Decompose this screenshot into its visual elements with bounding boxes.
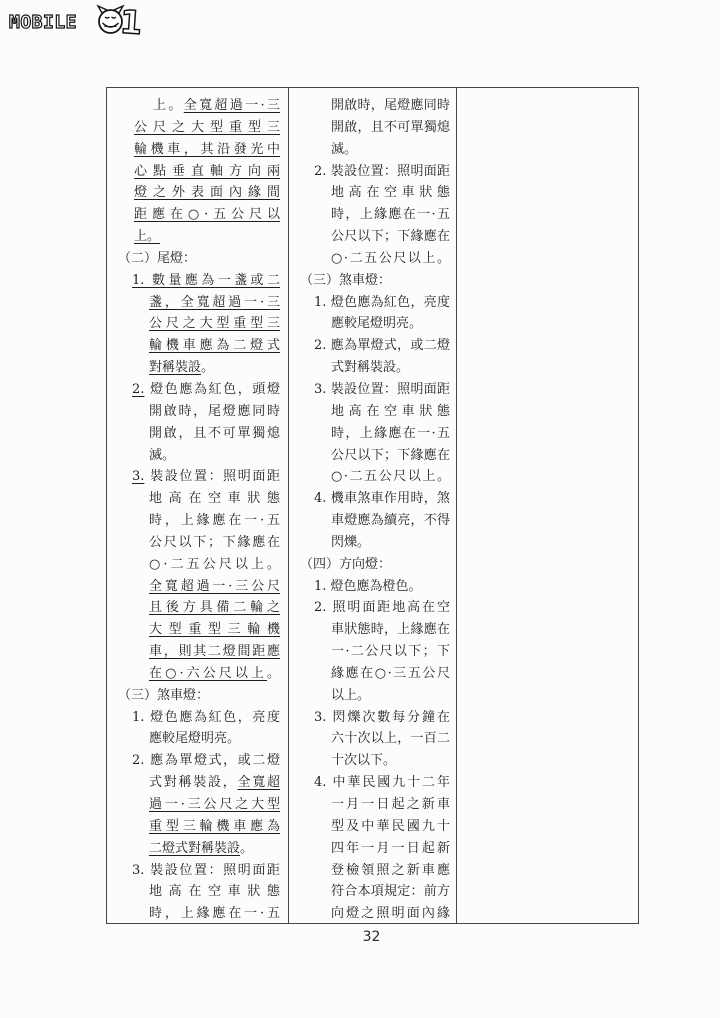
text-line: 緣應在○·三五公尺 [289,663,450,685]
text-segment: 十次以下。 [331,753,396,768]
underlined-text-segment: 輪機車，其沿發光中 [134,142,280,157]
text-segment: 地高在空車狀態 [331,185,450,200]
text-line: 輪機車應為二燈式 [107,335,280,357]
text-line: 向燈之照明面內緣 [289,903,450,925]
text-line: 1. 燈色應為紅色，亮度 [289,292,450,314]
text-line: 時，上緣應在一·五 [107,903,280,925]
text-segment: 公尺以下；下緣應在 [331,229,450,244]
text-line: 開啟，且不可單獨熄 [289,117,450,139]
scanned-document-page: MOBILE 1 上。全寬超過一·三公尺之大型重型三輪機車，其沿發光中心點垂直軸… [0,0,720,1018]
text-segment: 裝設位置：照明面距 [144,469,280,484]
text-segment: 一·二公尺以下；下 [331,644,450,659]
text-segment: 2. 裝設位置：照明面距 [314,164,450,179]
text-segment: 時，上緣應在一·五 [331,426,450,441]
mobile01-logo: MOBILE 1 [6,4,146,44]
underlined-text-segment: 公尺之大型重型三 [149,316,280,331]
text-line: 2. 照明面距地高在空 [289,597,450,619]
text-line: 車燈應為續亮，不得 [289,510,450,532]
text-line: （二）尾燈： [107,248,280,270]
underlined-text-segment: 重型三輪機車應為 [149,819,280,834]
text-line: 一月一日起之新車 [289,794,450,816]
text-segment: 滅。 [331,142,357,157]
text-line: 閃爍。 [289,532,450,554]
text-segment: 應較尾燈明亮。 [149,731,240,746]
underlined-text-segment: 盞，全寬超過一·三 [149,295,280,310]
text-segment: 燈色應為紅色，頭燈 [144,382,280,397]
text-segment: ○·二五公尺以上。 [149,557,280,572]
text-segment: 登檢領照之新車應 [331,863,450,878]
page-number: 32 [106,929,637,945]
text-segment: 時，上緣應在一·五 [331,207,450,222]
text-segment: 2. 照明面距地高在空 [314,600,450,615]
text-line: 式對稱裝設。 [289,357,450,379]
table-column-left: 上。全寬超過一·三公尺之大型重型三輪機車，其沿發光中心點垂直軸方向兩燈之外表面內… [107,88,289,923]
underlined-text-segment: 上。 [134,229,160,244]
text-segment: 3. 閃爍次數每分鐘在 [314,710,450,725]
text-line: 2. 燈色應為紅色，頭燈 [107,379,280,401]
text-line: 3. 裝設位置：照明面距 [107,860,280,882]
text-segment: 4. 中華民國九十二年 [314,775,450,790]
text-segment: 開啟時，尾燈應同時 [149,404,280,419]
text-segment: 。 [267,666,280,681]
text-segment: 向燈之照明面內緣 [331,906,450,921]
logo-numeral: 1 [119,4,144,42]
text-line: 3. 裝設位置：照明面距 [289,379,450,401]
underlined-text-segment: 3. [132,469,144,484]
text-line: 且後方具備二輪之 [107,597,280,619]
text-line: 1. 數量應為一盞或二 [107,270,280,292]
text-segment: 一月一日起之新車 [331,797,450,812]
text-segment: 閃爍。 [331,535,370,550]
text-segment: 式對稱裝設， [149,775,237,790]
text-segment: 符合本項規定：前方 [331,884,450,899]
text-line: （三）煞車燈： [107,685,280,707]
text-line: 開啟時，尾燈應同時 [107,401,280,423]
text-line: 地高在空車狀態 [107,881,280,903]
text-line: 登檢領照之新車應 [289,860,450,882]
text-line: 開啟時，尾燈應同時 [289,95,450,117]
text-line: 公尺之大型重型三 [107,313,280,335]
text-segment: 應較尾燈明亮。 [331,316,422,331]
text-segment: （二）尾燈： [118,251,196,266]
text-line: 輪機車，其沿發光中 [107,139,280,161]
text-line: （四）方向燈： [289,554,450,576]
underlined-text-segment: 全寬超過一·三公尺 [149,579,280,594]
text-segment: ○·二五公尺以上。 [331,469,450,484]
text-line: 2. 裝設位置：照明面距 [289,161,450,183]
text-segment: 型及中華民國九十 [331,819,450,834]
text-line: 4. 機車煞車作用時，煞 [289,488,450,510]
text-line: （三）煞車燈： [289,270,450,292]
text-line: 對稱裝設。 [107,357,280,379]
text-line: 上。 [107,226,280,248]
logo-letters: MOBILE [9,12,77,33]
text-segment: 2. 應為單燈式，或二燈 [132,753,280,768]
text-segment: 4. 機車煞車作用時，煞 [314,491,450,506]
text-line: 車狀態時，上緣應在 [289,619,450,641]
text-line: 六十次以上，一百二 [289,728,450,750]
text-line: 開啟，且不可單獨熄 [107,423,280,445]
underlined-text-segment: 1. 數量應為一盞或二 [132,273,280,288]
text-line: 式對稱裝設，全寬超 [107,772,280,794]
text-segment: （三）煞車燈： [300,273,391,288]
text-segment: 車狀態時，上緣應在 [331,622,450,637]
underlined-text-segment: 2. [132,382,144,397]
text-line: 1. 燈色應為橙色。 [289,576,450,598]
underlined-text-segment: 全寬超 [237,775,280,790]
text-line: 心點垂直軸方向兩 [107,161,280,183]
text-line: 過一·三公尺之大型 [107,794,280,816]
text-segment: 時，上緣應在一·五 [149,513,280,528]
text-segment: 開啟，且不可單獨熄 [149,426,280,441]
text-line: 在○·六公尺以上。 [107,663,280,685]
text-segment: 1. 燈色應為橙色。 [314,579,422,594]
text-segment: 3. 裝設位置：照明面距 [314,382,450,397]
table-column-right-empty [457,88,638,923]
text-line: 時，上緣應在一·五 [289,423,450,445]
underlined-text-segment: 過一·三公尺之大型 [149,797,280,812]
text-line: 一·二公尺以下；下 [289,641,450,663]
underlined-text-segment: 燈之外表面內緣間 [134,185,280,200]
text-line: 大型重型三輪機 [107,619,280,641]
text-line: 符合本項規定：前方 [289,881,450,903]
text-line: 以上。 [289,685,450,707]
text-line: 公尺以下；下緣應在 [289,226,450,248]
text-line: ○·二五公尺以上。 [289,248,450,270]
text-segment: 時，上緣應在一·五 [149,906,280,921]
text-line: 應較尾燈明亮。 [289,313,450,335]
underlined-text-segment: 在○·六公尺以上 [149,666,267,681]
text-line: 公尺以下；下緣應在 [289,445,450,467]
underlined-text-segment: 距應在○·五公尺以 [134,207,280,222]
text-segment: ○·二五公尺以上。 [331,251,450,266]
text-segment: 上。 [153,98,184,113]
underlined-text-segment: 公尺之大型重型三 [134,120,280,135]
text-line: ○·二五公尺以上。 [289,466,450,488]
text-segment: 1. 燈色應為紅色，亮度 [132,710,280,725]
text-segment: 六十次以上，一百二 [331,731,450,746]
text-line: 2. 應為單燈式，或二燈 [107,750,280,772]
text-line: 公尺以下；下緣應在 [107,532,280,554]
underlined-text-segment: 心點垂直軸方向兩 [134,164,280,179]
underlined-text-segment: 且後方具備二輪之 [149,600,280,615]
text-line: 時，上緣應在一·五 [289,204,450,226]
text-line: 公尺之大型重型三 [107,117,280,139]
text-line: 時，上緣應在一·五 [107,510,280,532]
text-segment: 式對稱裝設。 [331,360,409,375]
text-line: 十次以下。 [289,750,450,772]
underlined-text-segment: 大型重型三輪機 [149,622,280,637]
text-line: 盞，全寬超過一·三 [107,292,280,314]
text-line: 全寬超過一·三公尺 [107,576,280,598]
text-line: 型及中華民國九十 [289,816,450,838]
text-segment: 地高在空車狀態 [149,884,280,899]
text-line: 上。全寬超過一·三 [107,95,280,117]
text-line: 應較尾燈明亮。 [107,728,280,750]
text-line: 4. 中華民國九十二年 [289,772,450,794]
text-segment: 公尺以下；下緣應在 [331,448,450,463]
text-line: 二燈式對稱裝設。 [107,838,280,860]
underlined-text-segment: 對稱裝設 [149,360,201,375]
text-segment: 滅。 [149,448,175,463]
text-line: 四年一月一日起新 [289,838,450,860]
text-line: 燈之外表面內緣間 [107,182,280,204]
underlined-text-segment: 二燈式對稱裝設 [149,841,240,856]
text-line: 車，則其二燈間距應 [107,641,280,663]
text-segment: 2. 應為單燈式，或二燈 [314,338,450,353]
text-line: ○·二五公尺以上。 [107,554,280,576]
text-segment: 車燈應為續亮，不得 [331,513,450,528]
regulation-table: 上。全寬超過一·三公尺之大型重型三輪機車，其沿發光中心點垂直軸方向兩燈之外表面內… [106,87,639,924]
text-segment: 以上。 [331,688,370,703]
text-line: 3. 閃爍次數每分鐘在 [289,707,450,729]
text-line: 滅。 [289,139,450,161]
text-segment: 1. 燈色應為紅色，亮度 [314,295,450,310]
text-segment: 緣應在○·三五公尺 [331,666,450,681]
text-segment: 。 [201,360,214,375]
text-segment: 公尺以下；下緣應在 [149,535,280,550]
text-segment: 。 [240,841,253,856]
text-segment: 3. 裝設位置：照明面距 [132,863,280,878]
text-line: 地高在空車狀態 [289,401,450,423]
underlined-text-segment: 輪機車應為二燈式 [149,338,280,353]
text-line: 3. 裝設位置：照明面距 [107,466,280,488]
text-segment: 四年一月一日起新 [331,841,450,856]
text-line: 滅。 [107,445,280,467]
text-line: 地高在空車狀態 [289,182,450,204]
text-segment: （四）方向燈： [300,557,391,572]
text-line: 地高在空車狀態 [107,488,280,510]
table-column-middle: 開啟時，尾燈應同時開啟，且不可單獨熄滅。2. 裝設位置：照明面距地高在空車狀態時… [289,88,457,923]
text-line: 距應在○·五公尺以 [107,204,280,226]
underlined-text-segment: 車，則其二燈間距應 [149,644,280,659]
text-segment: 地高在空車狀態 [149,491,280,506]
text-line: 1. 燈色應為紅色，亮度 [107,707,280,729]
text-line: 2. 應為單燈式，或二燈 [289,335,450,357]
text-segment: 開啟，且不可單獨熄 [331,120,450,135]
underlined-text-segment: 全寬超過一·三 [184,98,280,113]
text-segment: 開啟時，尾燈應同時 [331,98,450,113]
text-line: 重型三輪機車應為 [107,816,280,838]
text-segment: （三）煞車燈： [118,688,209,703]
text-segment: 地高在空車狀態 [331,404,450,419]
